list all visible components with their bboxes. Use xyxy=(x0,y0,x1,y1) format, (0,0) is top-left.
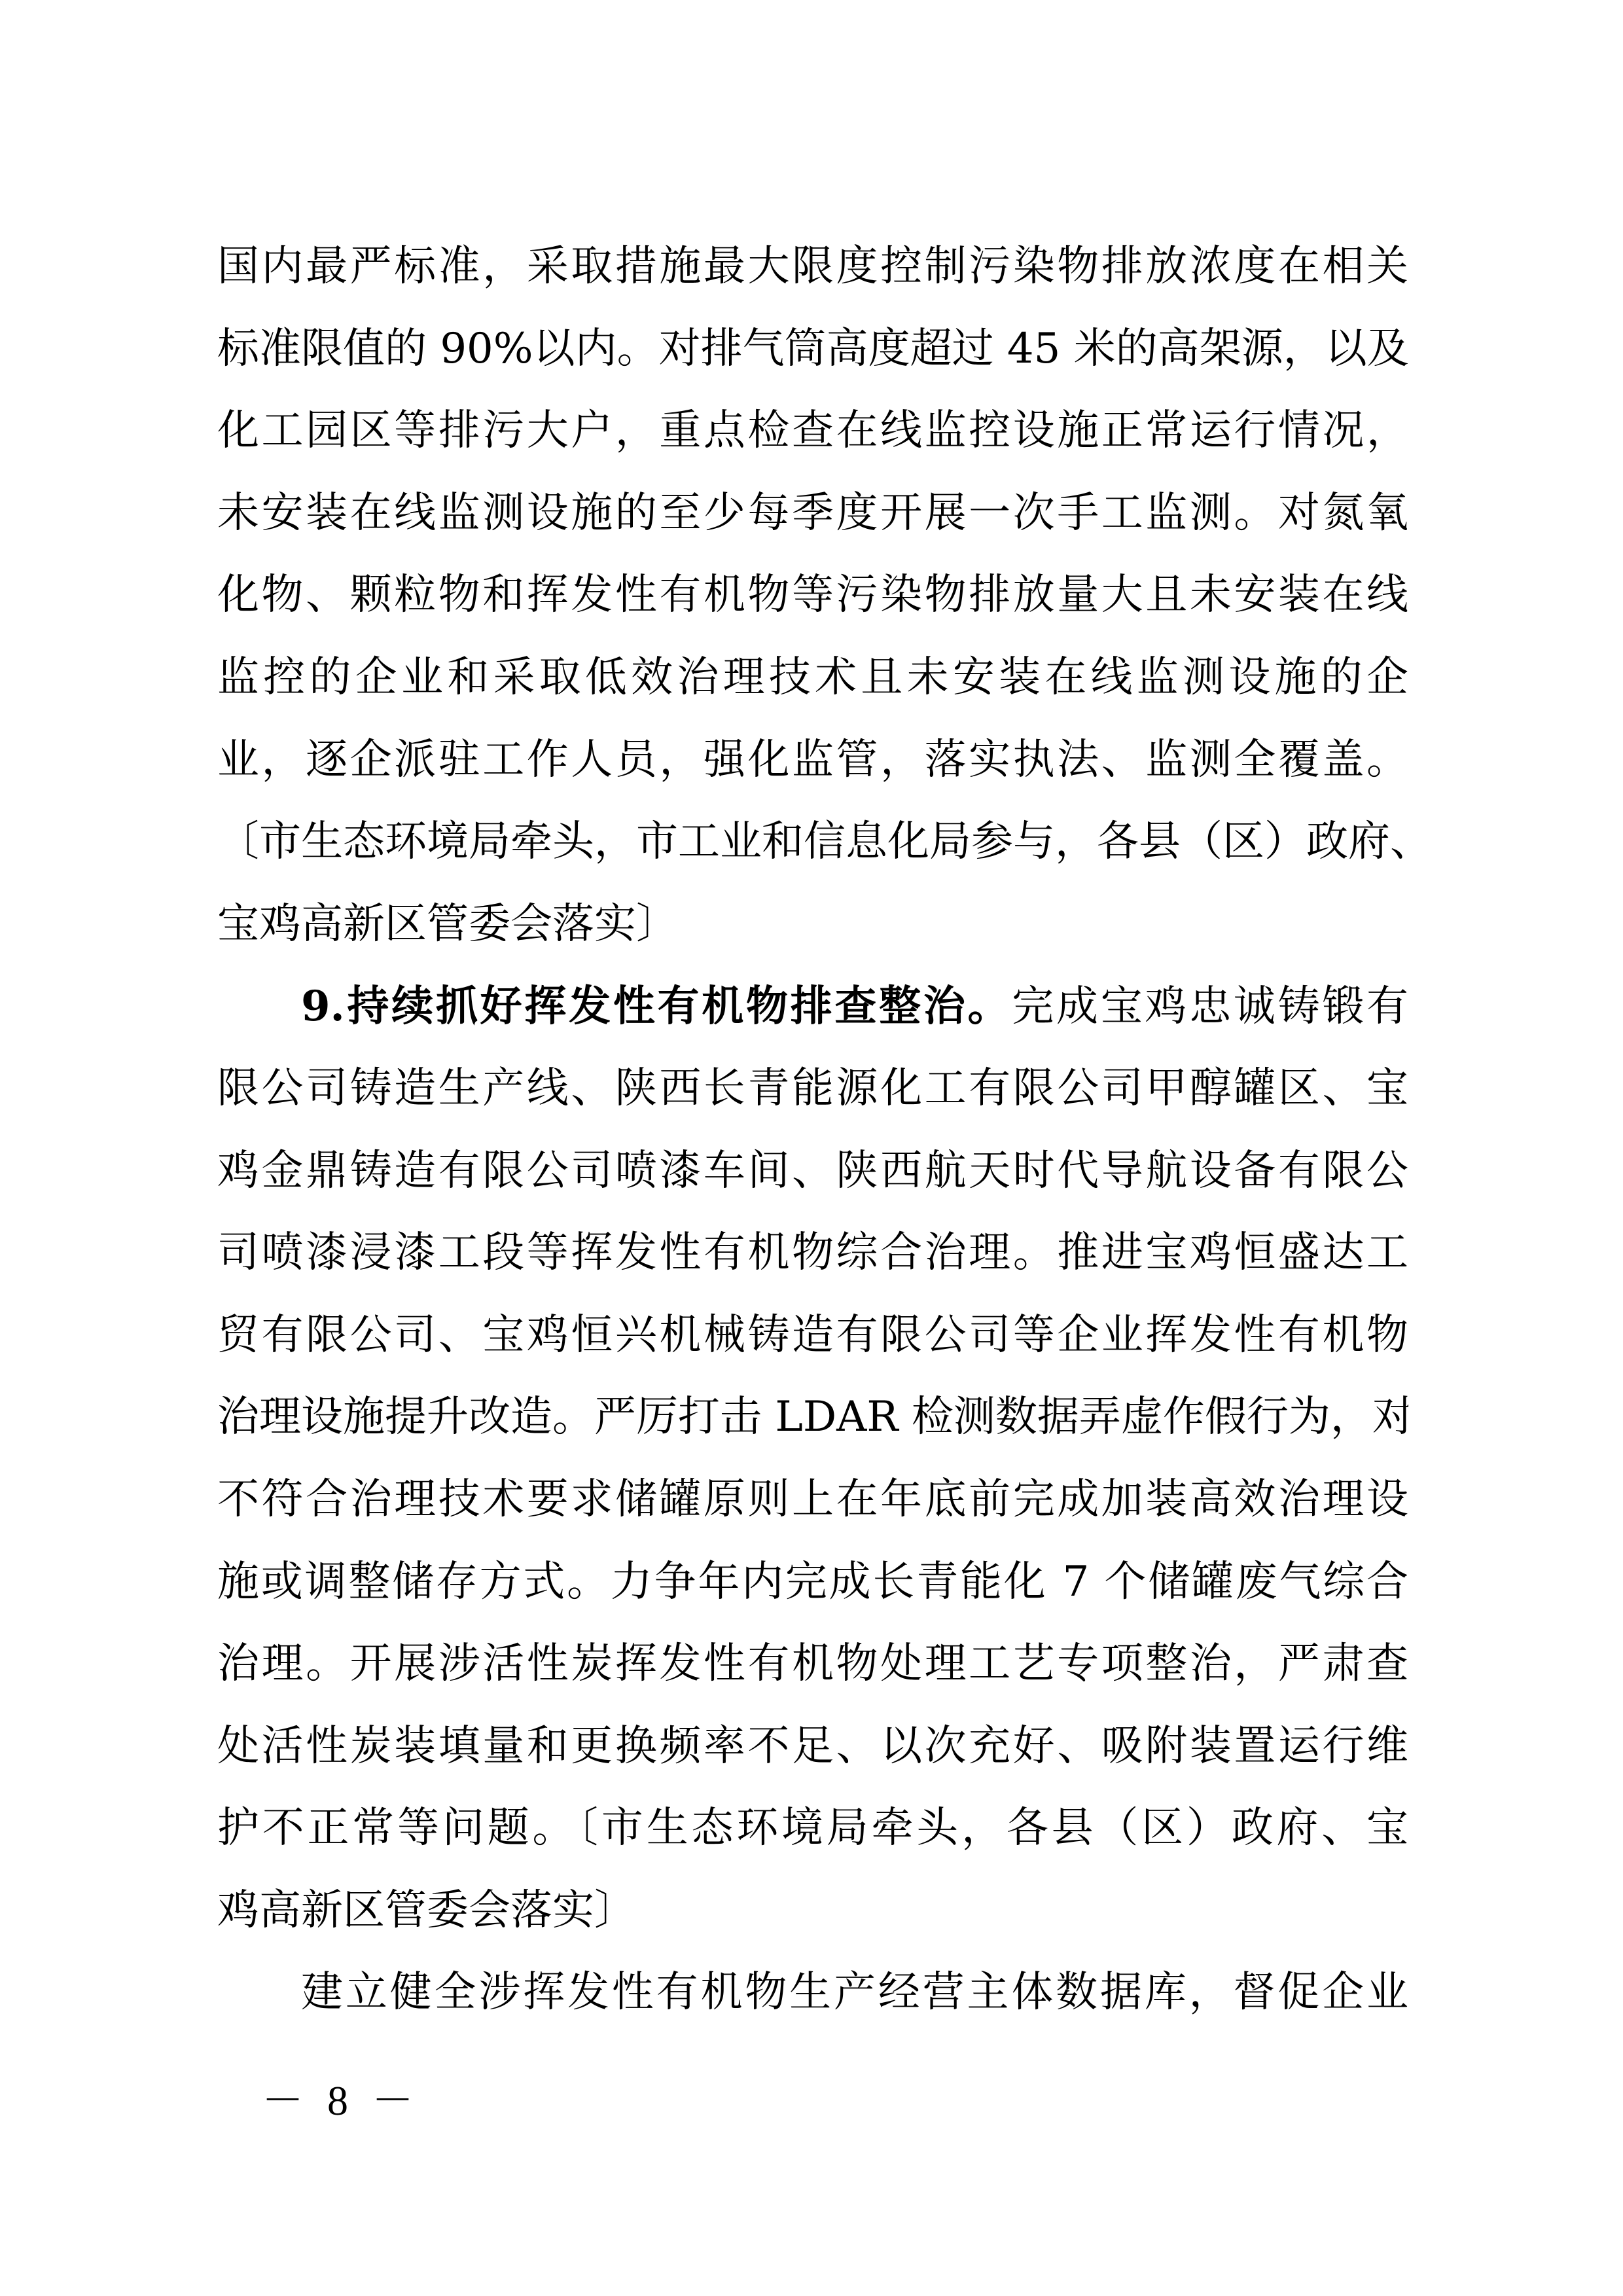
responsibility-note-end: 鸡高新区管委会落实〕 xyxy=(217,1870,1408,1952)
section-heading: 9.持续抓好挥发性有机物排查整治。 xyxy=(301,982,1012,1031)
text-line: 司喷漆浸漆工段等挥发性有机物综合治理。推进宝鸡恒盛达工 xyxy=(217,1212,1408,1295)
text-line: 治理设施提升改造。严厉打击 LDAR 检测数据弄虚作假行为，对 xyxy=(217,1376,1408,1459)
text-line: 不符合治理技术要求储罐原则上在年底前完成加装高效治理设 xyxy=(217,1459,1408,1541)
text-line: 施或调整储存方式。力争年内完成长青能化 7 个储罐废气综合 xyxy=(217,1541,1408,1624)
responsibility-note-end: 宝鸡高新区管委会落实〕 xyxy=(217,884,1408,966)
responsibility-note: 〔市生态环境局牵头，市工业和信息化局参与，各县（区）政府、 xyxy=(217,801,1408,884)
section-9-first-line: 9.持续抓好挥发性有机物排查整治。完成宝鸡忠诚铸锻有 xyxy=(217,965,1408,1048)
text-line: 标准限值的 90%以内。对排气筒高度超过 45 米的高架源，以及 xyxy=(217,308,1408,391)
text-line: 未安装在线监测设施的至少每季度开展一次手工监测。对氮氧 xyxy=(217,473,1408,555)
section-9-text: 完成宝鸡忠诚铸锻有 xyxy=(1012,982,1408,1031)
text-line: 贸有限公司、宝鸡恒兴机械铸造有限公司等企业挥发性有机物 xyxy=(217,1295,1408,1377)
text-line: 处活性炭装填量和更换频率不足、以次充好、吸附装置运行维 xyxy=(217,1706,1408,1788)
text-line: 治理。开展涉活性炭挥发性有机物处理工艺专项整治，严肃查 xyxy=(217,1623,1408,1706)
text-line: 监控的企业和采取低效治理技术且未安装在线监测设施的企 xyxy=(217,637,1408,719)
paragraph-start: 建立健全涉挥发性有机物生产经营主体数据库，督促企业 xyxy=(217,1952,1408,2034)
text-line: 化物、颗粒物和挥发性有机物等污染物排放量大且未安装在线 xyxy=(217,554,1408,637)
text-line: 化工园区等排污大户，重点检查在线监控设施正常运行情况， xyxy=(217,390,1408,473)
text-line: 鸡金鼎铸造有限公司喷漆车间、陕西航天时代导航设备有限公 xyxy=(217,1130,1408,1213)
text-line: 国内最严标准，采取措施最大限度控制污染物排放浓度在相关 xyxy=(217,226,1408,308)
document-body: 国内最严标准，采取措施最大限度控制污染物排放浓度在相关 标准限值的 90%以内。… xyxy=(217,226,1408,2034)
responsibility-note: 护不正常等问题。〔市生态环境局牵头，各县（区）政府、宝 xyxy=(217,1787,1408,1870)
page-number: － 8 － xyxy=(262,2075,420,2127)
document-page: 国内最严标准，采取措施最大限度控制污染物排放浓度在相关 标准限值的 90%以内。… xyxy=(0,0,1623,2296)
text-line: 限公司铸造生产线、陕西长青能源化工有限公司甲醇罐区、宝 xyxy=(217,1048,1408,1130)
text-line: 业，逐企派驻工作人员，强化监管，落实执法、监测全覆盖。 xyxy=(217,719,1408,802)
